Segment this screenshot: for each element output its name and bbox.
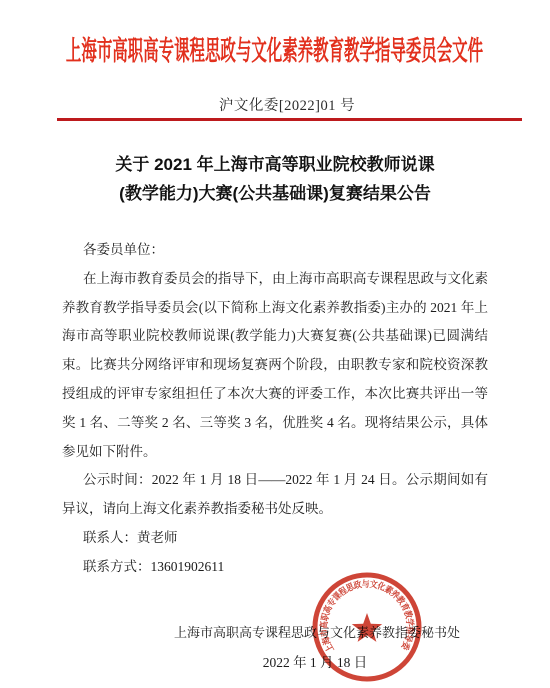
document-body: 各委员单位： 在上海市教育委员会的指导下，由上海市高职高专课程思政与文化素养教育…	[62, 236, 488, 582]
signature-org: 上海市高职高专课程思政与文化素养教指委秘书处	[0, 622, 460, 641]
signature-date: 2022 年 1 月 18 日	[263, 651, 368, 671]
body-paragraph: 公示时间：2022 年 1 月 18 日——2022 年 1 月 24 日。公示…	[62, 466, 488, 524]
document-title-line2: (教学能力)大赛(公共基础课)复赛结果公告	[0, 180, 550, 209]
contact-person-line: 联系人：黄老师	[62, 524, 488, 553]
red-divider-line	[57, 118, 522, 121]
official-document-page: 上海市高职高专课程思政与文化素养教育教学指导委员会文件 沪文化委[2022]01…	[0, 0, 550, 688]
salutation: 各委员单位：	[62, 236, 488, 265]
document-letterhead: 上海市高职高专课程思政与文化素养教育教学指导委员会文件	[0, 31, 550, 52]
document-title-line1: 关于 2021 年上海市高等职业院校教师说课	[0, 151, 550, 180]
contact-number-line: 联系方式：13601902611	[62, 553, 488, 582]
document-number: 沪文化委[2022]01 号	[0, 94, 550, 115]
letterhead-org-title: 上海市高职高专课程思政与文化素养教育教学指导委员会文件	[66, 31, 483, 69]
body-paragraph: 在上海市教育委员会的指导下，由上海市高职高专课程思政与文化素养教育教学指导委员会…	[62, 265, 488, 467]
document-title: 关于 2021 年上海市高等职业院校教师说课 (教学能力)大赛(公共基础课)复赛…	[0, 151, 550, 208]
